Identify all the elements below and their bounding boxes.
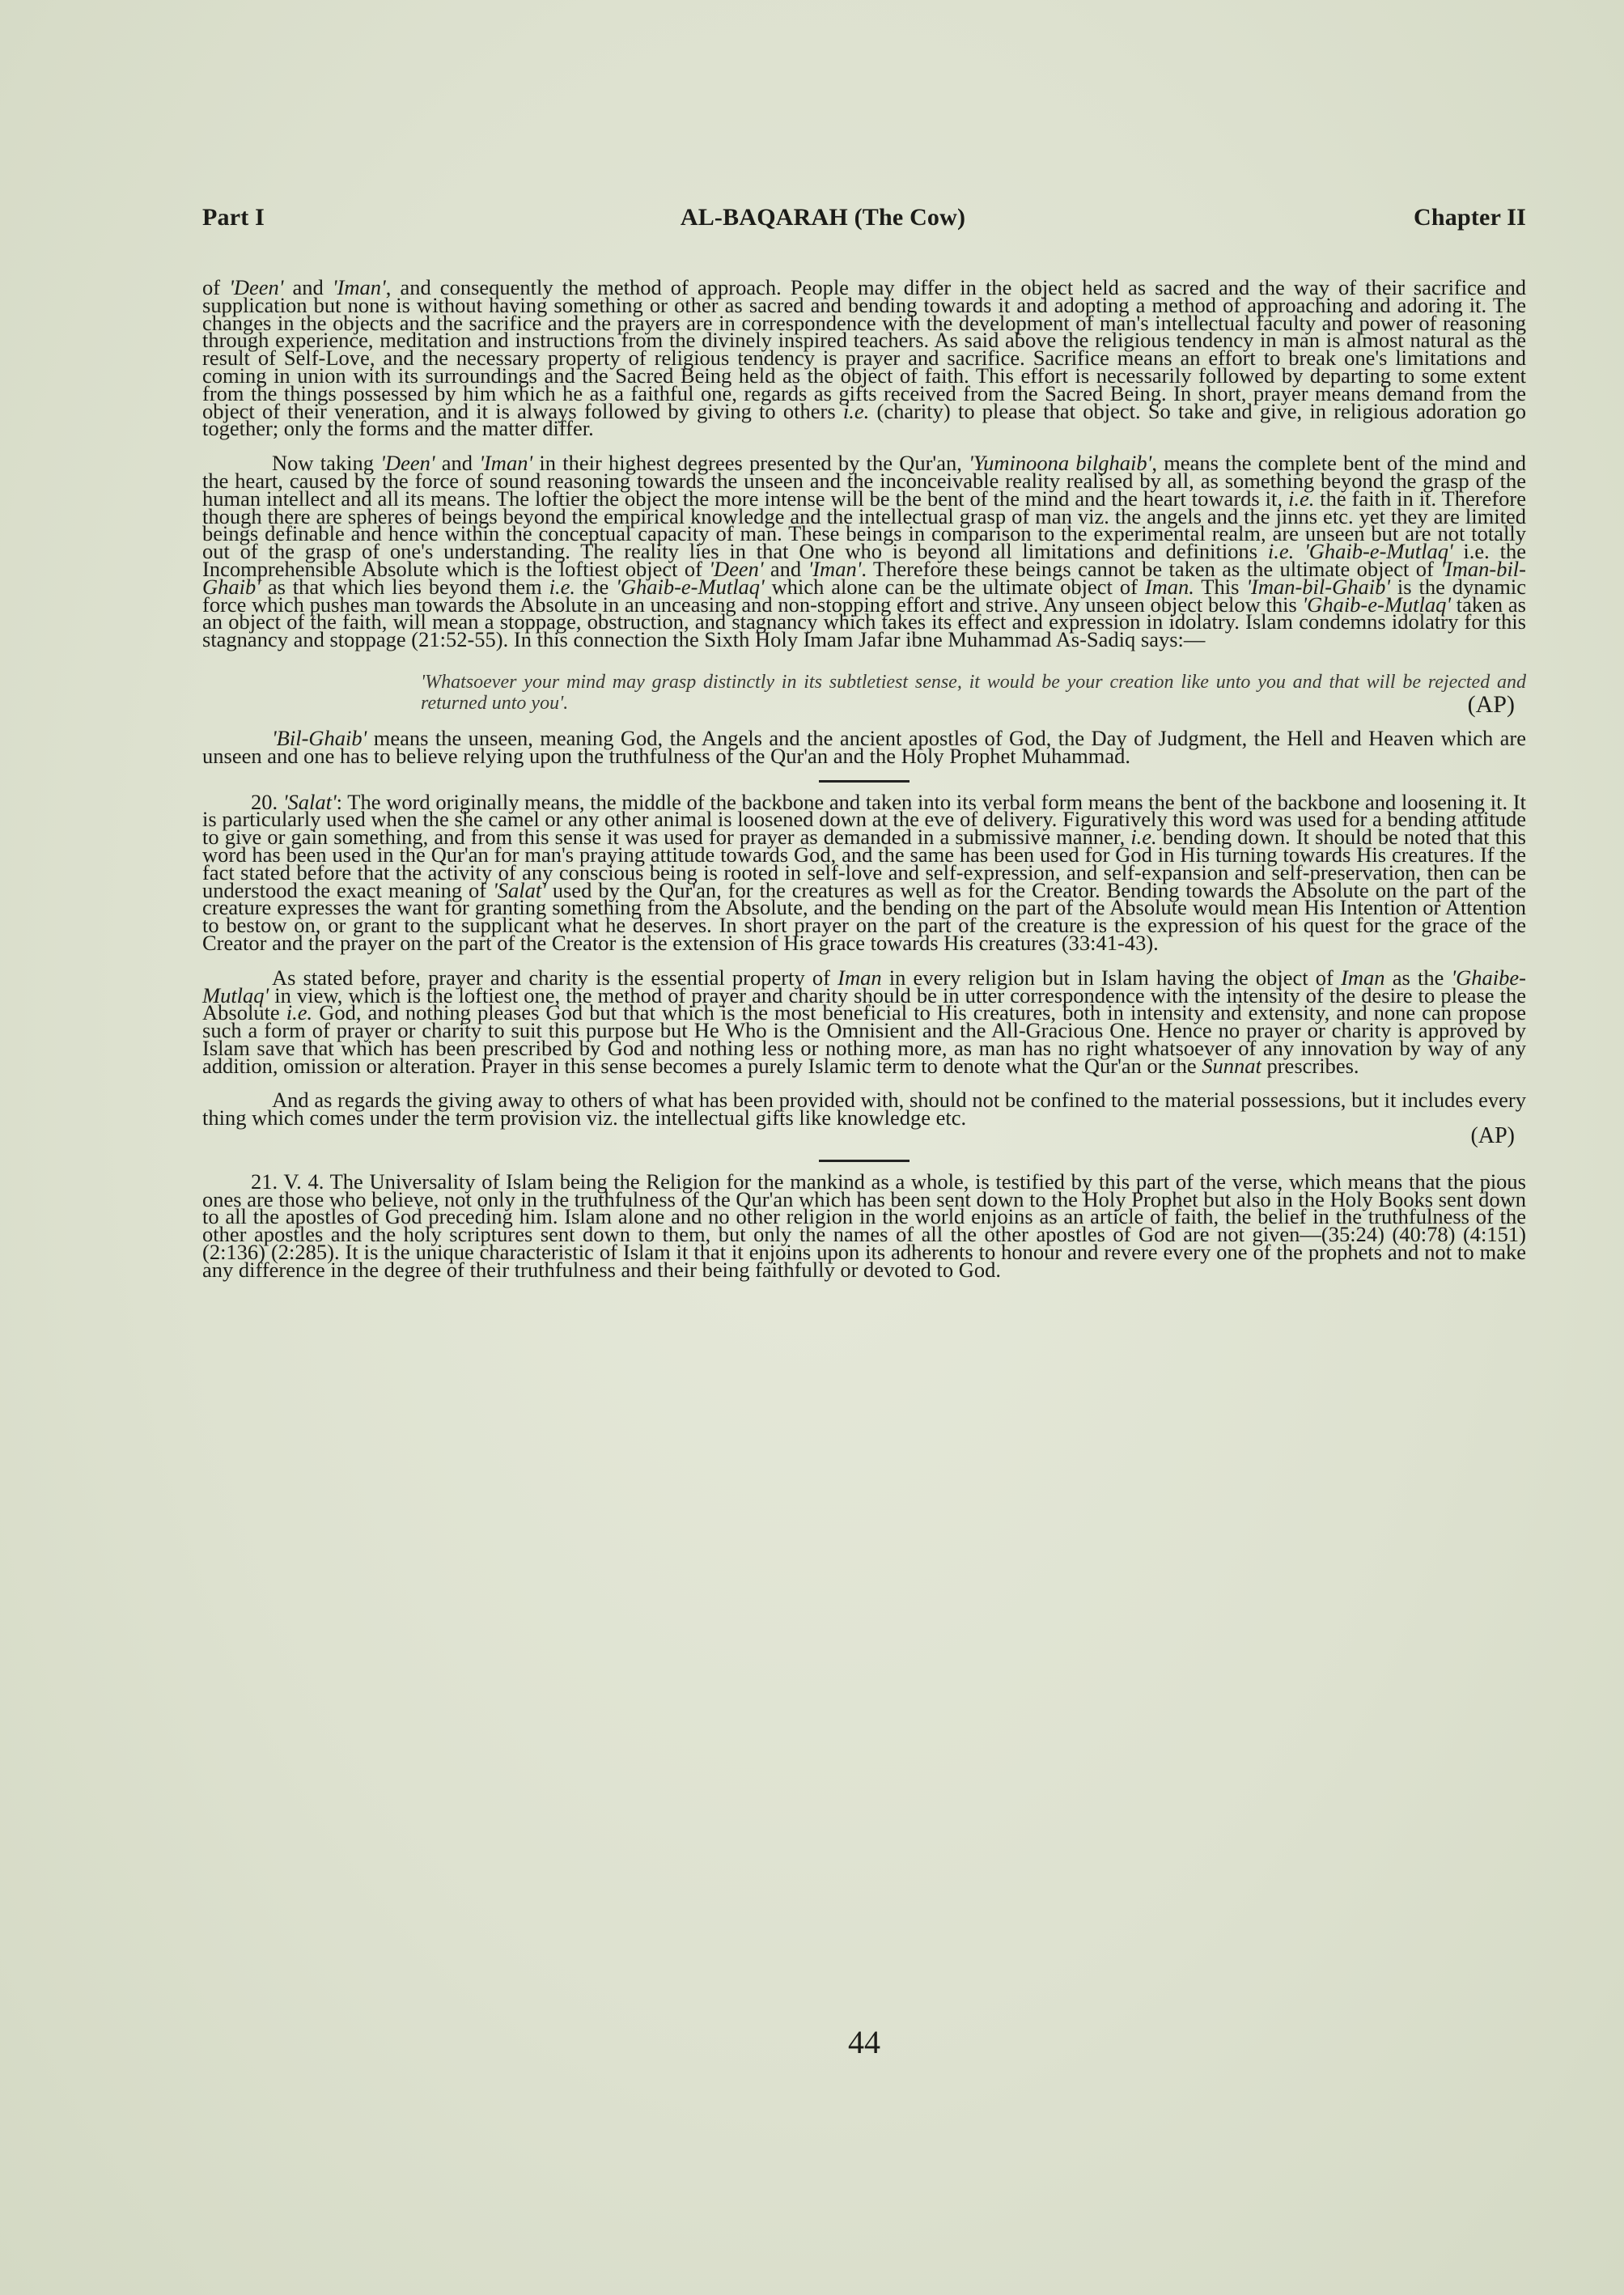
- paragraph-bil-ghaib: 'Bil-Ghaib' means the unseen, meaning Go…: [202, 730, 1526, 766]
- paragraph-deen-iman: of 'Deen' and 'Iman', and consequently t…: [202, 279, 1526, 438]
- part-label: Part I: [202, 204, 265, 231]
- paragraph-giving-away: And as regards the giving away to others…: [202, 1092, 1526, 1127]
- block-quote: 'Whatsoever your mind may grasp distinct…: [202, 672, 1526, 714]
- note-21-universality: 21. V. 4. The Universality of Islam bein…: [202, 1173, 1526, 1279]
- quote-text: 'Whatsoever your mind may grasp distinct…: [421, 672, 1526, 714]
- paragraph-prayer-charity: As stated before, prayer and charity is …: [202, 969, 1526, 1075]
- page-body: of 'Deen' and 'Iman', and consequently t…: [202, 279, 1526, 1279]
- section-divider: [819, 780, 910, 783]
- quote-source: (AP): [1468, 694, 1515, 715]
- page-number: 44: [202, 2023, 1526, 2061]
- section-divider: [819, 1160, 910, 1162]
- paragraph-yuminoona-bilghaib: Now taking 'Deen' and 'Iman' in their hi…: [202, 455, 1526, 649]
- chapter-label: Chapter II: [1414, 204, 1526, 231]
- note-20-salat: 20. 'Salat': The word originally means, …: [202, 794, 1526, 952]
- paragraph-source: (AP): [202, 1127, 1526, 1145]
- chapter-title: AL-BAQARAH (The Cow): [681, 204, 965, 231]
- running-header: Part I AL-BAQARAH (The Cow) Chapter II: [202, 204, 1526, 231]
